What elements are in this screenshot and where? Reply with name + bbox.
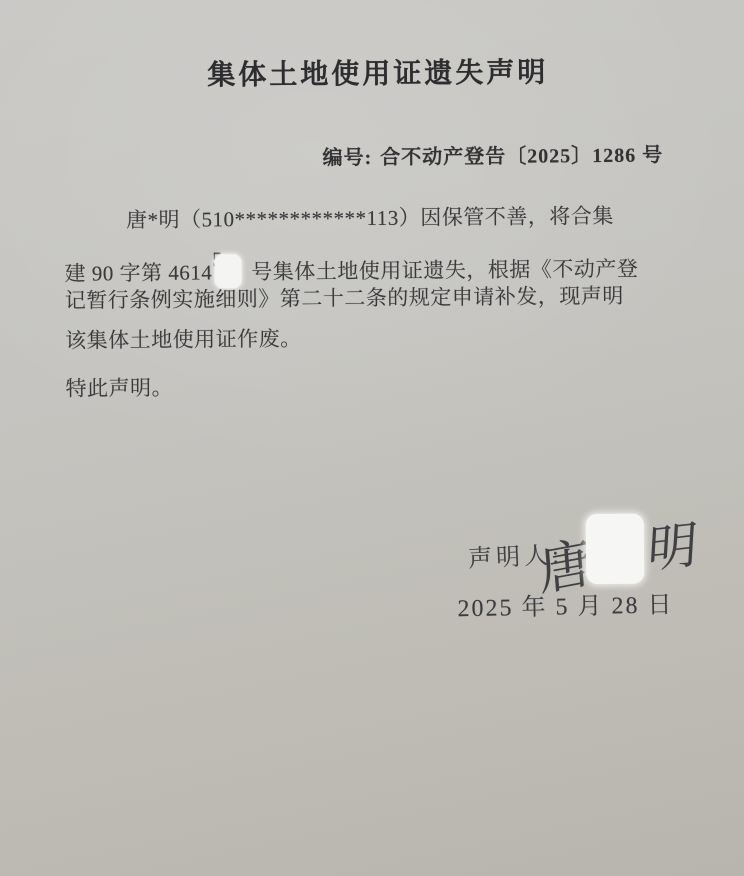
body-line-1: 唐*明（510************113）因保管不善，将合集 bbox=[64, 195, 676, 240]
document-photo: 集体土地使用证遗失声明 编号:合不动产登告〔2025〕1286 号 唐*明（51… bbox=[0, 0, 744, 876]
body-line-2: 建 90 字第 46145号集体土地使用证遗失，根据《不动产登 bbox=[64, 235, 676, 280]
body-line-4: 该集体土地使用证作废。 bbox=[65, 315, 677, 360]
document-number-value: 合不动产登告〔2025〕1286 号 bbox=[380, 144, 663, 168]
closing-statement: 特此声明。 bbox=[65, 363, 677, 408]
body-line-3: 记暂行条例实施细则》第二十二条的规定申请补发，现声明 bbox=[65, 275, 677, 320]
handwritten-signature-last-character: 明 bbox=[646, 504, 700, 583]
document-title: 集体土地使用证遗失声明 bbox=[0, 49, 741, 95]
declaration-body: 唐*明（510************113）因保管不善，将合集 建 90 字第… bbox=[64, 195, 678, 408]
document-number-line: 编号:合不动产登告〔2025〕1286 号 bbox=[322, 138, 663, 170]
document-number-label: 编号: bbox=[322, 147, 372, 169]
privacy-mask-signature bbox=[586, 514, 645, 585]
